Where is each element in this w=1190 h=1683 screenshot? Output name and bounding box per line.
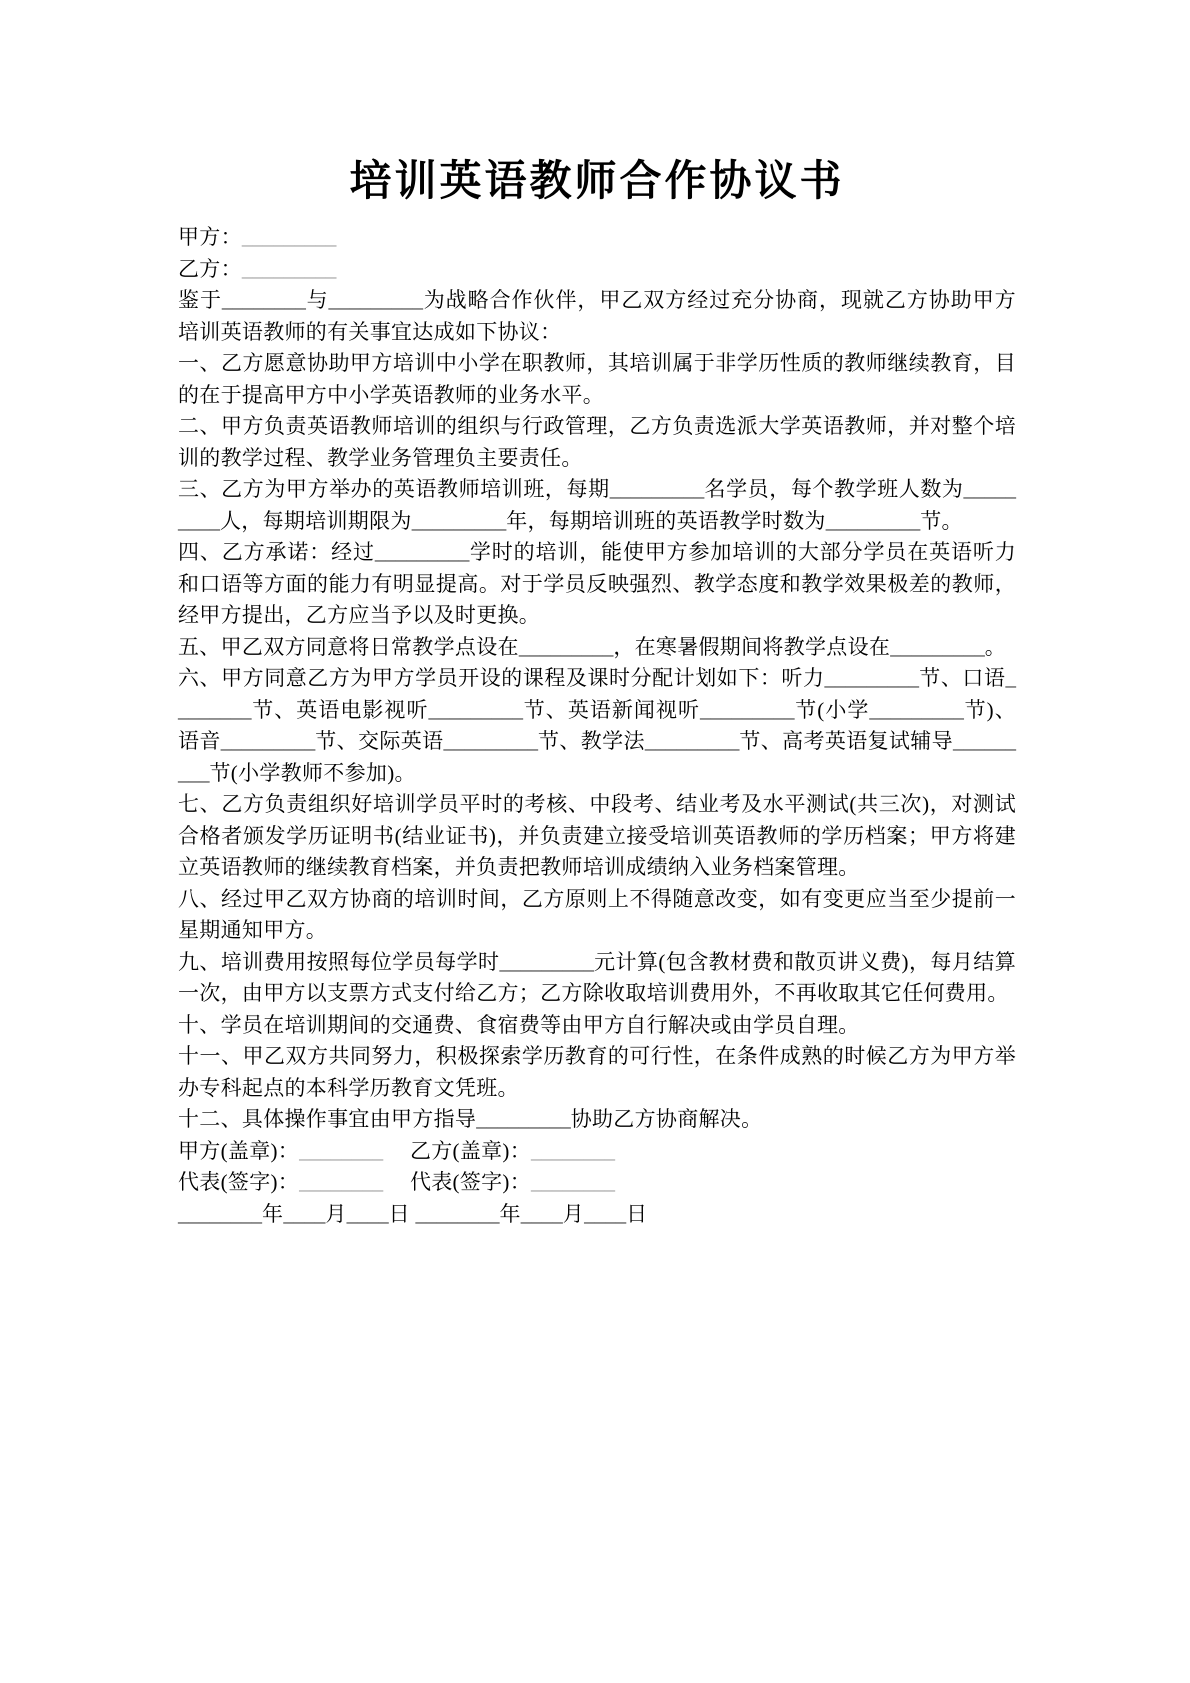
blank-field: _________ xyxy=(610,477,705,501)
clause-12: 十二、具体操作事宜由甲方指导_________协助乙方协商解决。 xyxy=(178,1104,1016,1136)
blank-field: _________ xyxy=(242,225,337,249)
blank-field: _________ xyxy=(375,540,470,564)
blank-field: _________ xyxy=(645,729,740,753)
blank-field: ________ xyxy=(222,288,306,312)
clause-10: 十、学员在培训期间的交通费、食宿费等由甲方自行解决或由学员自理。 xyxy=(178,1010,1016,1042)
preamble: 鉴于________与_________为战略合作伙伴，甲乙双方经过充分协商，现… xyxy=(178,285,1016,348)
clause-4: 四、乙方承诺：经过_________学时的培训，能使甲方参加培训的大部分学员在英… xyxy=(178,537,1016,632)
blank-field: ____ xyxy=(347,1202,389,1226)
blank-field: _________ xyxy=(499,950,594,974)
blank-field: ____ xyxy=(584,1202,626,1226)
clause-3: 三、乙方为甲方举办的英语教师培训班，每期_________名学员，每个教学班人数… xyxy=(178,474,1016,537)
clause-9: 九、培训费用按照每位学员每学时_________元计算(包含教材费和散页讲义费)… xyxy=(178,947,1016,1010)
blank-field: _________ xyxy=(519,635,614,659)
blank-field: _________ xyxy=(890,635,985,659)
blank-field: _________ xyxy=(476,1107,571,1131)
blank-field: ________ xyxy=(531,1170,615,1194)
document-content: 培训英语教师合作协议书 甲方：_________乙方：_________鉴于__… xyxy=(178,156,1016,1230)
document-body: 甲方：_________乙方：_________鉴于________与_____… xyxy=(178,222,1016,1230)
blank-field: _________ xyxy=(825,666,920,690)
clause-8: 八、经过甲乙双方协商的培训时间，乙方原则上不得随意改变，如有变更应当至少提前一星… xyxy=(178,884,1016,947)
clause-2: 二、甲方负责英语教师培训的组织与行政管理，乙方负责选派大学英语教师，并对整个培训… xyxy=(178,411,1016,474)
blank-field: _________ xyxy=(429,698,524,722)
blank-field: _________ xyxy=(700,698,795,722)
clause-5: 五、甲乙双方同意将日常教学点设在_________，在寒暑假期间将教学点设在__… xyxy=(178,632,1016,664)
blank-field: _________ xyxy=(412,509,507,533)
blank-field: _________ xyxy=(329,288,424,312)
blank-field: ____ xyxy=(283,1202,325,1226)
party-a-line: 甲方：_________ xyxy=(178,222,1016,254)
blank-field: ________ xyxy=(299,1170,383,1194)
stamp-line: 甲方(盖章)：________ 乙方(盖章)：________ xyxy=(178,1136,1016,1168)
party-b-line: 乙方：_________ xyxy=(178,254,1016,286)
date-line: ________年____月____日 ________年____月____日 xyxy=(178,1199,1016,1231)
blank-field: _________ xyxy=(242,257,337,281)
blank-field: _________ xyxy=(221,729,316,753)
clause-1: 一、乙方愿意协助甲方培训中小学在职教师，其培训属于非学历性质的教师继续教育，目的… xyxy=(178,348,1016,411)
blank-field: ________ xyxy=(299,1139,383,1163)
blank-field: ________ xyxy=(531,1139,615,1163)
clause-11: 十一、甲乙双方共同努力，积极探索学历教育的可行性，在条件成熟的时候乙方为甲方举办… xyxy=(178,1041,1016,1104)
blank-field: ________ xyxy=(178,1202,262,1226)
clause-6: 六、甲方同意乙方为甲方学员开设的课程及课时分配计划如下：听力_________节… xyxy=(178,663,1016,789)
document-page: 培训英语教师合作协议书 甲方：_________乙方：_________鉴于__… xyxy=(0,0,1190,1683)
blank-field: _________ xyxy=(869,698,964,722)
signature-line: 代表(签字)：________ 代表(签字)：________ xyxy=(178,1167,1016,1199)
blank-field: ________ xyxy=(415,1202,499,1226)
clause-7: 七、乙方负责组织好培训学员平时的考核、中段考、结业考及水平测试(共三次)，对测试… xyxy=(178,789,1016,884)
blank-field: _________ xyxy=(443,729,538,753)
blank-field: ____ xyxy=(521,1202,563,1226)
document-title: 培训英语教师合作协议书 xyxy=(178,156,1016,208)
blank-field: _________ xyxy=(826,509,921,533)
